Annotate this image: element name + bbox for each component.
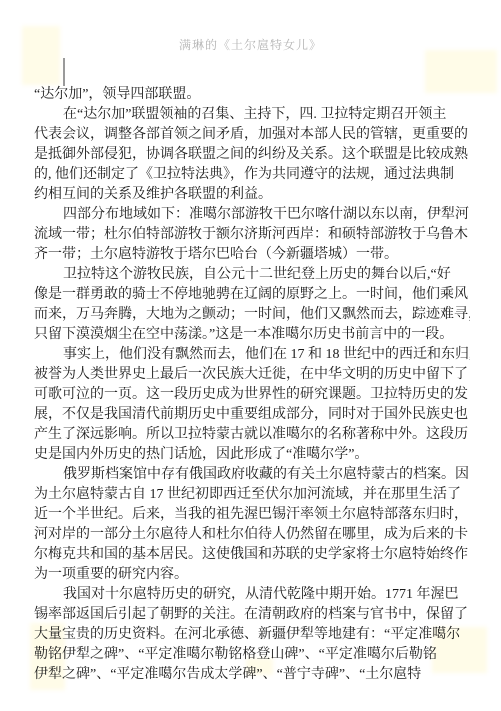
text-line: 勒铭伊犁之碑”、“平定准噶尔勒铭格登山碑”、“平定准噶尔后勒铭 [34,645,470,665]
text-line: 我国对十尔扈特历史的研究，从清代乾隆中期开始。1771 年渥巴 [34,585,470,605]
text-line: 四部分布地域如下：准噶尔部游牧干巴尔喀什湖以东以南，伊犁河 [34,205,470,225]
text-line: 展，不仅是我国清代前期历史中重要组成部分，同时对于国外民族史也 [34,405,470,425]
text-line: 俄罗斯档案馆中存有俄国政府收藏的有关土尔扈特蒙古的档案。因 [34,465,470,485]
text-line: 史是国内外历史的热门话尬，因此形成了“准噶尔学”。 [34,445,470,465]
text-line: 大量宝贵的历史资料。在河北承德、新疆伊犁等地建有：“平定准噶尔 [34,625,470,645]
page-body: “达尔加”，领导四部联盟。在“达尔加”联盟领袖的召集、主持下，四. 卫拉特定期召… [34,85,470,685]
text-line: 像是一群勇敢的骑士不停地驰骋在辽阔的原野之上。一时间，他们乘风 [34,285,470,305]
text-line: 只留下漠漠烟尘在空中荡漾。”这是一本准噶尔历史书前言中的一段。 [34,325,470,345]
text-line: 为一项重要的研究内容。 [34,565,470,585]
text-line: 可歌可泣的一页。这一段历史成为世界性的研究课题。卫拉特历史的发 [34,385,470,405]
text-line: 事实上，他们没有飘然而去，他们在 17 和 18 世纪中的西迁和东归, [34,345,470,365]
text-line: 卫拉特这个游牧民族，自公元十二世纪登上历史的舞台以后,“好 [34,265,470,285]
text-line: 伊犁之碑”、“平定准噶尔告成太学碑”、“普宁寺碑”、“土尔扈特 [34,665,470,685]
text-line: 在“达尔加”联盟领袖的召集、主持下，四. 卫拉特定期召开领主 [34,105,470,125]
text-line: 约相互间的关系及维护各联盟的利益。 [34,185,470,205]
text-line: 近一个半世纪。后来，当我的祖先渥巴锡汗率领土尔扈特部落东归时， [34,505,470,525]
text-line: 齐一带；土尔扈特游牧于塔尔巴哈台（今新疆塔城）一带。 [34,245,470,265]
text-line: 被誉为人类世界史上最后一次民族大迁徙，在中华文明的历史中留下了 [34,365,470,385]
text-line: 锡率部返国后引起了朝野的关注。在清朝政府的档案与官书中，保留了 [34,605,470,625]
text-line: 是抵御外部侵犯，协调各联盟之间的纠纷及关系。这个联盟是比较成熟 [34,145,470,165]
text-line: 为土尔扈特蒙古自 17 世纪初即西迁至伏尔加河流域，并在那里生活了 [34,485,470,505]
text-line: 的, 他们还制定了《卫拉特法典》，作为共同遵守的法规，通过法典制 [34,165,470,185]
text-line: 流域一带；杜尔伯特部游牧于额尔济斯河西岸：和硕特部游牧于乌鲁木 [34,225,470,245]
running-header-title: 满琳的《土尔扈特女儿》 [0,36,501,53]
text-line: 代表会议，调整各部首领之间矛盾，加强对本部人民的管辖，更重要的 [34,125,470,145]
scan-stain-top-left [22,26,60,85]
text-line: “达尔加”，领导四部联盟。 [34,85,470,105]
text-line: 尔梅克共和国的基本居民。这使俄国和苏联的史学家将士尔扈特始终作 [34,545,470,565]
text-cursor [63,58,65,86]
document-page: 满琳的《土尔扈特女儿》 “达尔加”，领导四部联盟。在“达尔加”联盟领袖的召集、主… [0,0,501,711]
text-line: 河对岸的一部分土尔扈待人和杜尔伯待人仍然留在哪里，成为后来的卡 [34,525,470,545]
text-line: 产生了深远影响。所以卫拉特蒙古就以准噶尔的名称著称中外。这段历 [34,425,470,445]
text-line: 而来，万马奔腾，大地为之颤动；一时间，他们又飘然而去，踪迹难寻， [34,305,470,325]
